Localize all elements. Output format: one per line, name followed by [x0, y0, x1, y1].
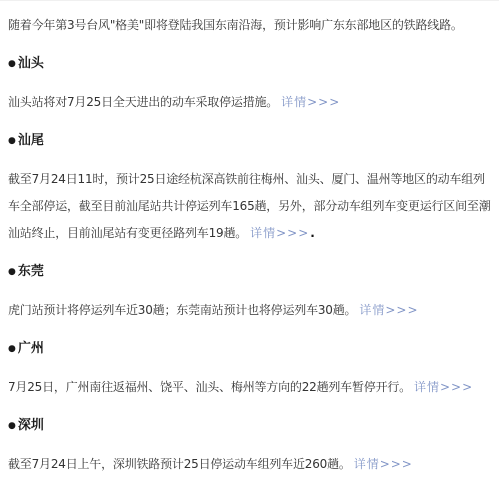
detail-link-guangzhou[interactable]: 详情>>> [414, 380, 473, 394]
section-paragraph-dongguan: 虎门站预计将停运列车近30趟；东莞南站预计也将停运列车30趟。详情>>> [8, 297, 491, 324]
section-heading-guangzhou: ●广州 [8, 335, 491, 363]
section-text-shenzhen: 截至7月24日上午，深圳铁路预计25日停运动车组列车近260趟。 [8, 457, 351, 471]
section-text-dongguan: 虎门站预计将停运列车近30趟；东莞南站预计也将停运列车30趟。 [8, 303, 356, 317]
section-heading-shantou: ●汕头 [8, 50, 491, 78]
bullet-icon: ● [8, 421, 16, 431]
intro-text: 随着今年第3号台风"格美"即将登陆我国东南沿海，预计影响广东东部地区的铁路线路。 [8, 18, 463, 32]
city-name-guangzhou: 广州 [18, 341, 44, 356]
trailing-dot-mark: . [310, 226, 315, 240]
detail-link-shenzhen[interactable]: 详情>>> [354, 457, 413, 471]
city-name-shanwei: 汕尾 [18, 133, 44, 148]
section-paragraph-shanwei: 截至7月24日11时，预计25日途经杭深高铁前往梅州、汕头、厦门、温州等地区的动… [8, 166, 491, 247]
city-name-shenzhen: 深圳 [18, 418, 44, 433]
bullet-icon: ● [8, 59, 16, 69]
bullet-icon: ● [8, 344, 16, 354]
section-heading-shanwei: ●汕尾 [8, 127, 491, 155]
detail-link-shantou[interactable]: 详情>>> [281, 95, 340, 109]
section-paragraph-shantou: 汕头站将对7月25日全天进出的动车采取停运措施。详情>>> [8, 89, 491, 116]
section-heading-dongguan: ●东莞 [8, 258, 491, 286]
section-paragraph-shenzhen: 截至7月24日上午，深圳铁路预计25日停运动车组列车近260趟。详情>>> [8, 451, 491, 478]
typhoon-railway-article: 随着今年第3号台风"格美"即将登陆我国东南沿海，预计影响广东东部地区的铁路线路。… [0, 0, 499, 485]
section-paragraph-guangzhou: 7月25日，广州南往返福州、饶平、汕头、梅州等方向的22趟列车暂停开行。详情>>… [8, 374, 491, 401]
bullet-icon: ● [8, 267, 16, 277]
city-name-shantou: 汕头 [18, 56, 44, 71]
city-name-dongguan: 东莞 [18, 264, 44, 279]
detail-link-dongguan[interactable]: 详情>>> [359, 303, 418, 317]
detail-link-shanwei[interactable]: 详情>>> [250, 226, 309, 240]
bullet-icon: ● [8, 136, 16, 146]
section-heading-shenzhen: ●深圳 [8, 412, 491, 440]
intro-paragraph: 随着今年第3号台风"格美"即将登陆我国东南沿海，预计影响广东东部地区的铁路线路。 [8, 12, 491, 39]
section-text-guangzhou: 7月25日，广州南往返福州、饶平、汕头、梅州等方向的22趟列车暂停开行。 [8, 380, 411, 394]
section-text-shantou: 汕头站将对7月25日全天进出的动车采取停运措施。 [8, 95, 278, 109]
